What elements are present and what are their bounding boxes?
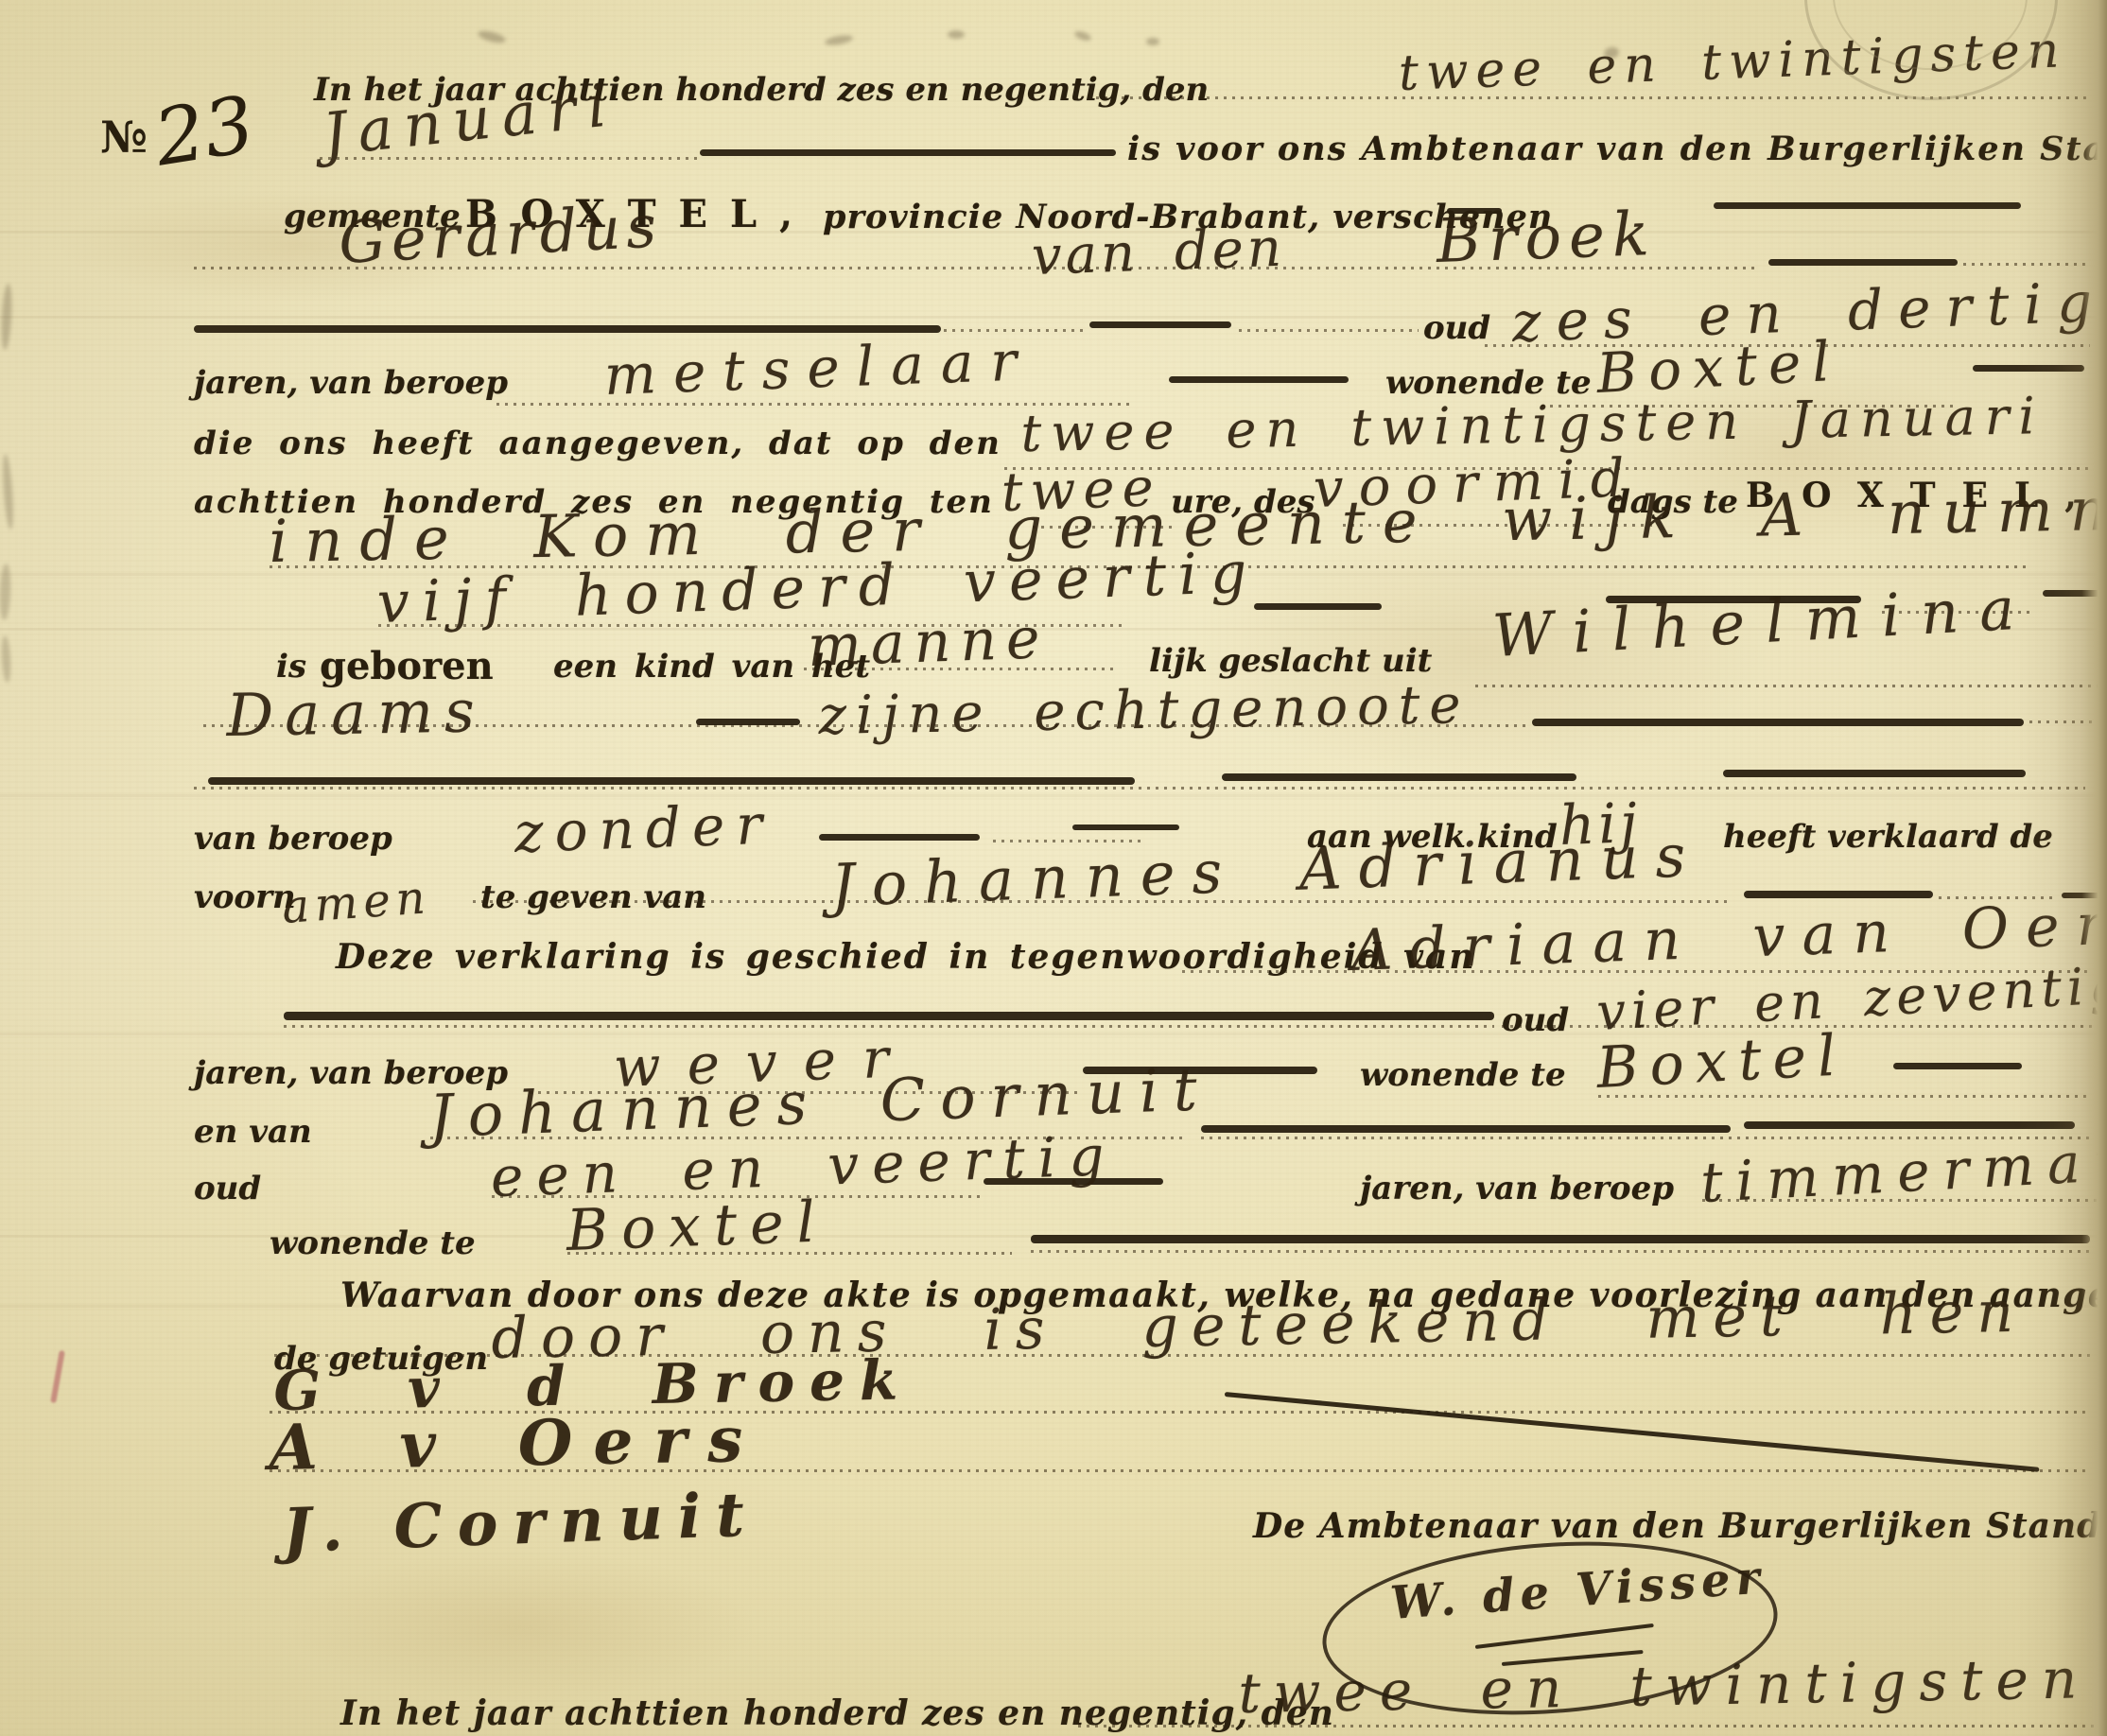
scan-vignette [0, 0, 2107, 1736]
page-edge-shadow [2017, 0, 2107, 1736]
document-scan: In het jaar achttien honderd zes en nege… [0, 0, 2107, 1736]
